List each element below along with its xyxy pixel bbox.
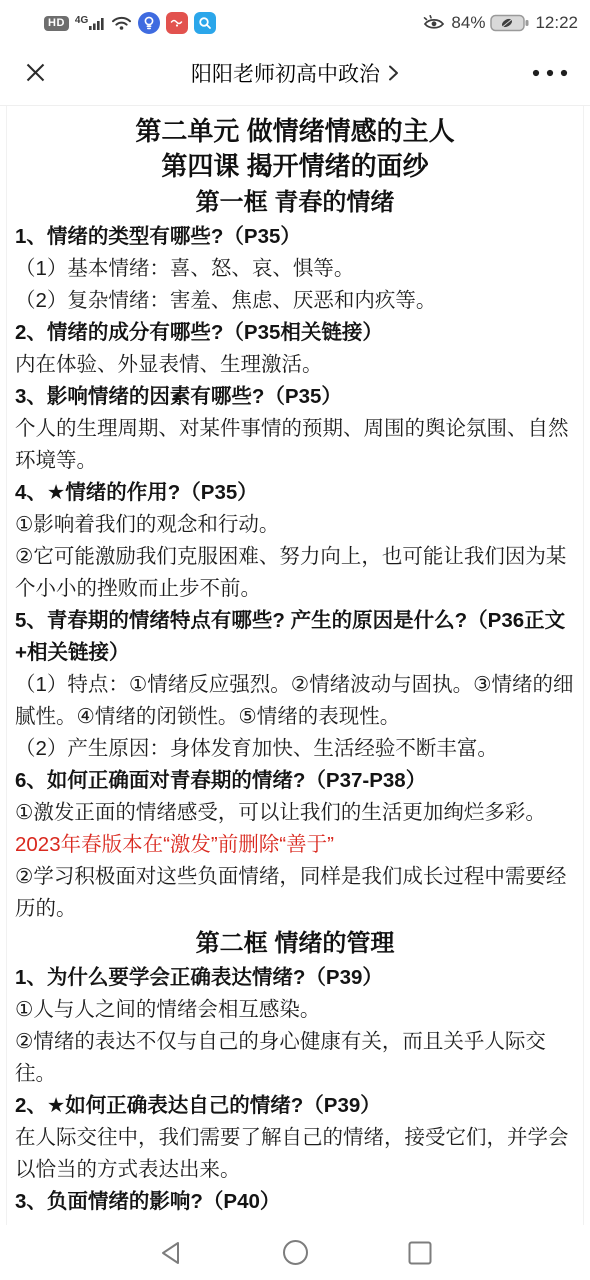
signal-strength-icon: 4G: [75, 16, 105, 31]
battery-saver-leaf-icon: [490, 13, 530, 33]
account-title[interactable]: 阳阳老师初高中政治: [191, 58, 399, 88]
question-heading: 6、如何正确面对青春期的情绪?（P37-P38）: [15, 765, 575, 797]
more-dots-icon: [532, 69, 568, 77]
question-heading: 1、情绪的类型有哪些?（P35）: [15, 221, 575, 253]
lightbulb-app-icon: [138, 12, 160, 34]
answer-paragraph: 个人的生理周期、对某件事情的预期、周围的舆论氛围、自然环境等。: [15, 413, 575, 477]
question-heading: 4、★情绪的作用?（P35）: [15, 477, 575, 509]
question-heading: 2、情绪的成分有哪些?（P35相关链接）: [15, 317, 575, 349]
red-app-icon: [166, 12, 188, 34]
back-triangle-icon: [158, 1240, 183, 1266]
answer-paragraph: ①影响着我们的观念和行动。: [15, 509, 575, 541]
article-header: 阳阳老师初高中政治: [0, 40, 590, 106]
question-heading: 5、青春期的情绪特点有哪些? 产生的原因是什么?（P36正文+相关链接）: [15, 605, 575, 669]
revision-note: 2023年春版本在“激发”前删除“善于”: [15, 829, 575, 861]
recents-square-icon: [408, 1241, 432, 1265]
answer-paragraph: ①激发正面的情绪感受，可以让我们的生活更加绚烂多彩。: [15, 797, 575, 829]
status-left-cluster: HD 4G: [44, 12, 216, 34]
status-right-cluster: 84% 12:22: [422, 13, 578, 33]
chevron-right-icon: [388, 64, 399, 82]
question-heading: 3、影响情绪的因素有哪些?（P35）: [15, 381, 575, 413]
answer-paragraph: ②情绪的表达不仅与自己的身心健康有关，而且关乎人际交往。: [15, 1026, 575, 1090]
page-title: 阳阳老师初高中政治: [191, 58, 380, 88]
eye-protection-icon: [422, 15, 446, 31]
frame-heading: 第一框 青春的情绪: [15, 184, 575, 221]
android-nav-bar: [0, 1225, 590, 1280]
search-app-icon: [194, 12, 216, 34]
answer-paragraph: （2）复杂情绪：害羞、焦虑、厌恶和内疚等。: [15, 285, 575, 317]
answer-paragraph: （1）特点：①情绪反应强烈。②情绪波动与固执。③情绪的细腻性。④情绪的闭锁性。⑤…: [15, 669, 575, 733]
recents-button[interactable]: [405, 1238, 435, 1268]
answer-paragraph: ②它可能激励我们克服困难、努力向上，也可能让我们因为某个小小的挫败而止步不前。: [15, 541, 575, 605]
close-button[interactable]: [22, 60, 48, 86]
hd-badge: HD: [44, 16, 69, 31]
unit-heading: 第二单元 做情绪情感的主人: [15, 114, 575, 149]
status-bar: HD 4G: [0, 0, 590, 40]
home-circle-icon: [282, 1239, 309, 1266]
signal-bars-icon: [89, 16, 105, 31]
more-button[interactable]: [532, 65, 568, 81]
wifi-icon: [111, 15, 132, 31]
answer-paragraph: ①人与人之间的情绪会相互感染。: [15, 994, 575, 1026]
network-type-label: 4G: [75, 16, 88, 26]
answer-paragraph: 在人际交往中，我们需要了解自己的情绪，接受它们，并学会以恰当的方式表达出来。: [15, 1122, 575, 1186]
document-content: 第二单元 做情绪情感的主人第四课 揭开情绪的面纱第一框 青春的情绪1、情绪的类型…: [6, 106, 584, 1225]
phone-screen: HD 4G: [0, 0, 590, 1280]
answer-paragraph: （2）产生原因：身体发育加快、生活经验不断丰富。: [15, 733, 575, 765]
question-heading: 3、负面情绪的影响?（P40）: [15, 1186, 575, 1218]
close-icon: [25, 62, 46, 83]
battery-percent-label: 84%: [451, 13, 485, 33]
answer-paragraph: ②学习积极面对这些负面情绪，同样是我们成长过程中需要经历的。: [15, 861, 575, 925]
answer-paragraph: 内在体验、外显表情、生理激活。: [15, 349, 575, 381]
question-heading: 1、为什么要学会正确表达情绪?（P39）: [15, 962, 575, 994]
home-button[interactable]: [280, 1238, 310, 1268]
unit-heading: 第四课 揭开情绪的面纱: [15, 149, 575, 184]
clock-label: 12:22: [535, 13, 578, 33]
answer-paragraph: （1）基本情绪：喜、怒、哀、惧等。: [15, 253, 575, 285]
question-heading: 2、★如何正确表达自己的情绪?（P39）: [15, 1090, 575, 1122]
frame-heading: 第二框 情绪的管理: [15, 925, 575, 962]
back-button[interactable]: [155, 1238, 185, 1268]
